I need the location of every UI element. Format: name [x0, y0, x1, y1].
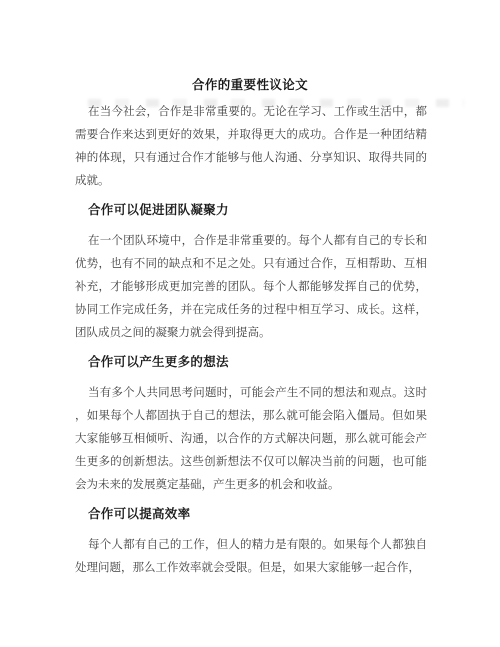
- text-line: 当有多个人共同思考问题时，可能会产生不同的想法和观点。这时: [75, 382, 427, 405]
- paragraph: 当有多个人共同思考问题时，可能会产生不同的想法和观点。这时，如果每个人都固执于自…: [75, 382, 427, 497]
- document-page: 合作的重要性议论文 在当今社会，合作是非常重要的。无论在学习、工作或生活中，都需…: [0, 0, 500, 647]
- text-line: 团队成员之间的凝聚力就会得到提高。: [75, 322, 427, 345]
- text-line: 在一个团队环境中，合作是非常重要的。每个人都有自己的专长和: [75, 230, 427, 253]
- text-line: 大家能够互相倾听、沟通，以合作的方式解决问题，那么就可能会产: [75, 428, 427, 451]
- paragraph: 在一个团队环境中，合作是非常重要的。每个人都有自己的专长和优势，也有不同的缺点和…: [75, 230, 427, 345]
- paragraph: 在当今社会，合作是非常重要的。无论在学习、工作或生活中，都需要合作来达到更好的效…: [75, 101, 427, 193]
- text-line: 补充，才能够形成更加完善的团队。每个人都能够发挥自己的优势，: [75, 276, 427, 299]
- section-heading: 合作可以提高效率: [75, 503, 427, 526]
- text-line: 优势，也有不同的缺点和不足之处。只有通过合作，互相帮助、互相: [75, 253, 427, 276]
- text-line: 成就。: [75, 170, 427, 193]
- document-title: 合作的重要性议论文: [0, 0, 500, 93]
- text-line: 神的体现，只有通过合作才能够与他人沟通、分享知识、取得共同的: [75, 147, 427, 170]
- text-line: 在当今社会，合作是非常重要的。无论在学习、工作或生活中，都: [75, 101, 427, 124]
- text-line: 需要合作来达到更好的效果，并取得更大的成功。合作是一种团结精: [75, 124, 427, 147]
- text-line: 生更多的创新想法。这些创新想法不仅可以解决当前的问题，也可能: [75, 451, 427, 474]
- document-body: 在当今社会，合作是非常重要的。无论在学习、工作或生活中，都需要合作来达到更好的效…: [75, 101, 427, 580]
- text-line: 每个人都有自己的工作，但人的精力是有限的。如果每个人都独自: [75, 534, 427, 557]
- text-line: 处理问题，那么工作效率就会受限。但是，如果大家能够一起合作，: [75, 557, 427, 580]
- text-line: 会为未来的发展奠定基础，产生更多的机会和收益。: [75, 474, 427, 497]
- section-heading: 合作可以产生更多的想法: [75, 351, 427, 374]
- section-heading: 合作可以促进团队凝聚力: [75, 199, 427, 222]
- paragraph: 每个人都有自己的工作，但人的精力是有限的。如果每个人都独自处理问题，那么工作效率…: [75, 534, 427, 580]
- text-line: ，如果每个人都固执于自己的想法，那么就可能会陷入僵局。但如果: [75, 405, 427, 428]
- text-line: 协同工作完成任务，并在完成任务的过程中相互学习、成长。这样，: [75, 299, 427, 322]
